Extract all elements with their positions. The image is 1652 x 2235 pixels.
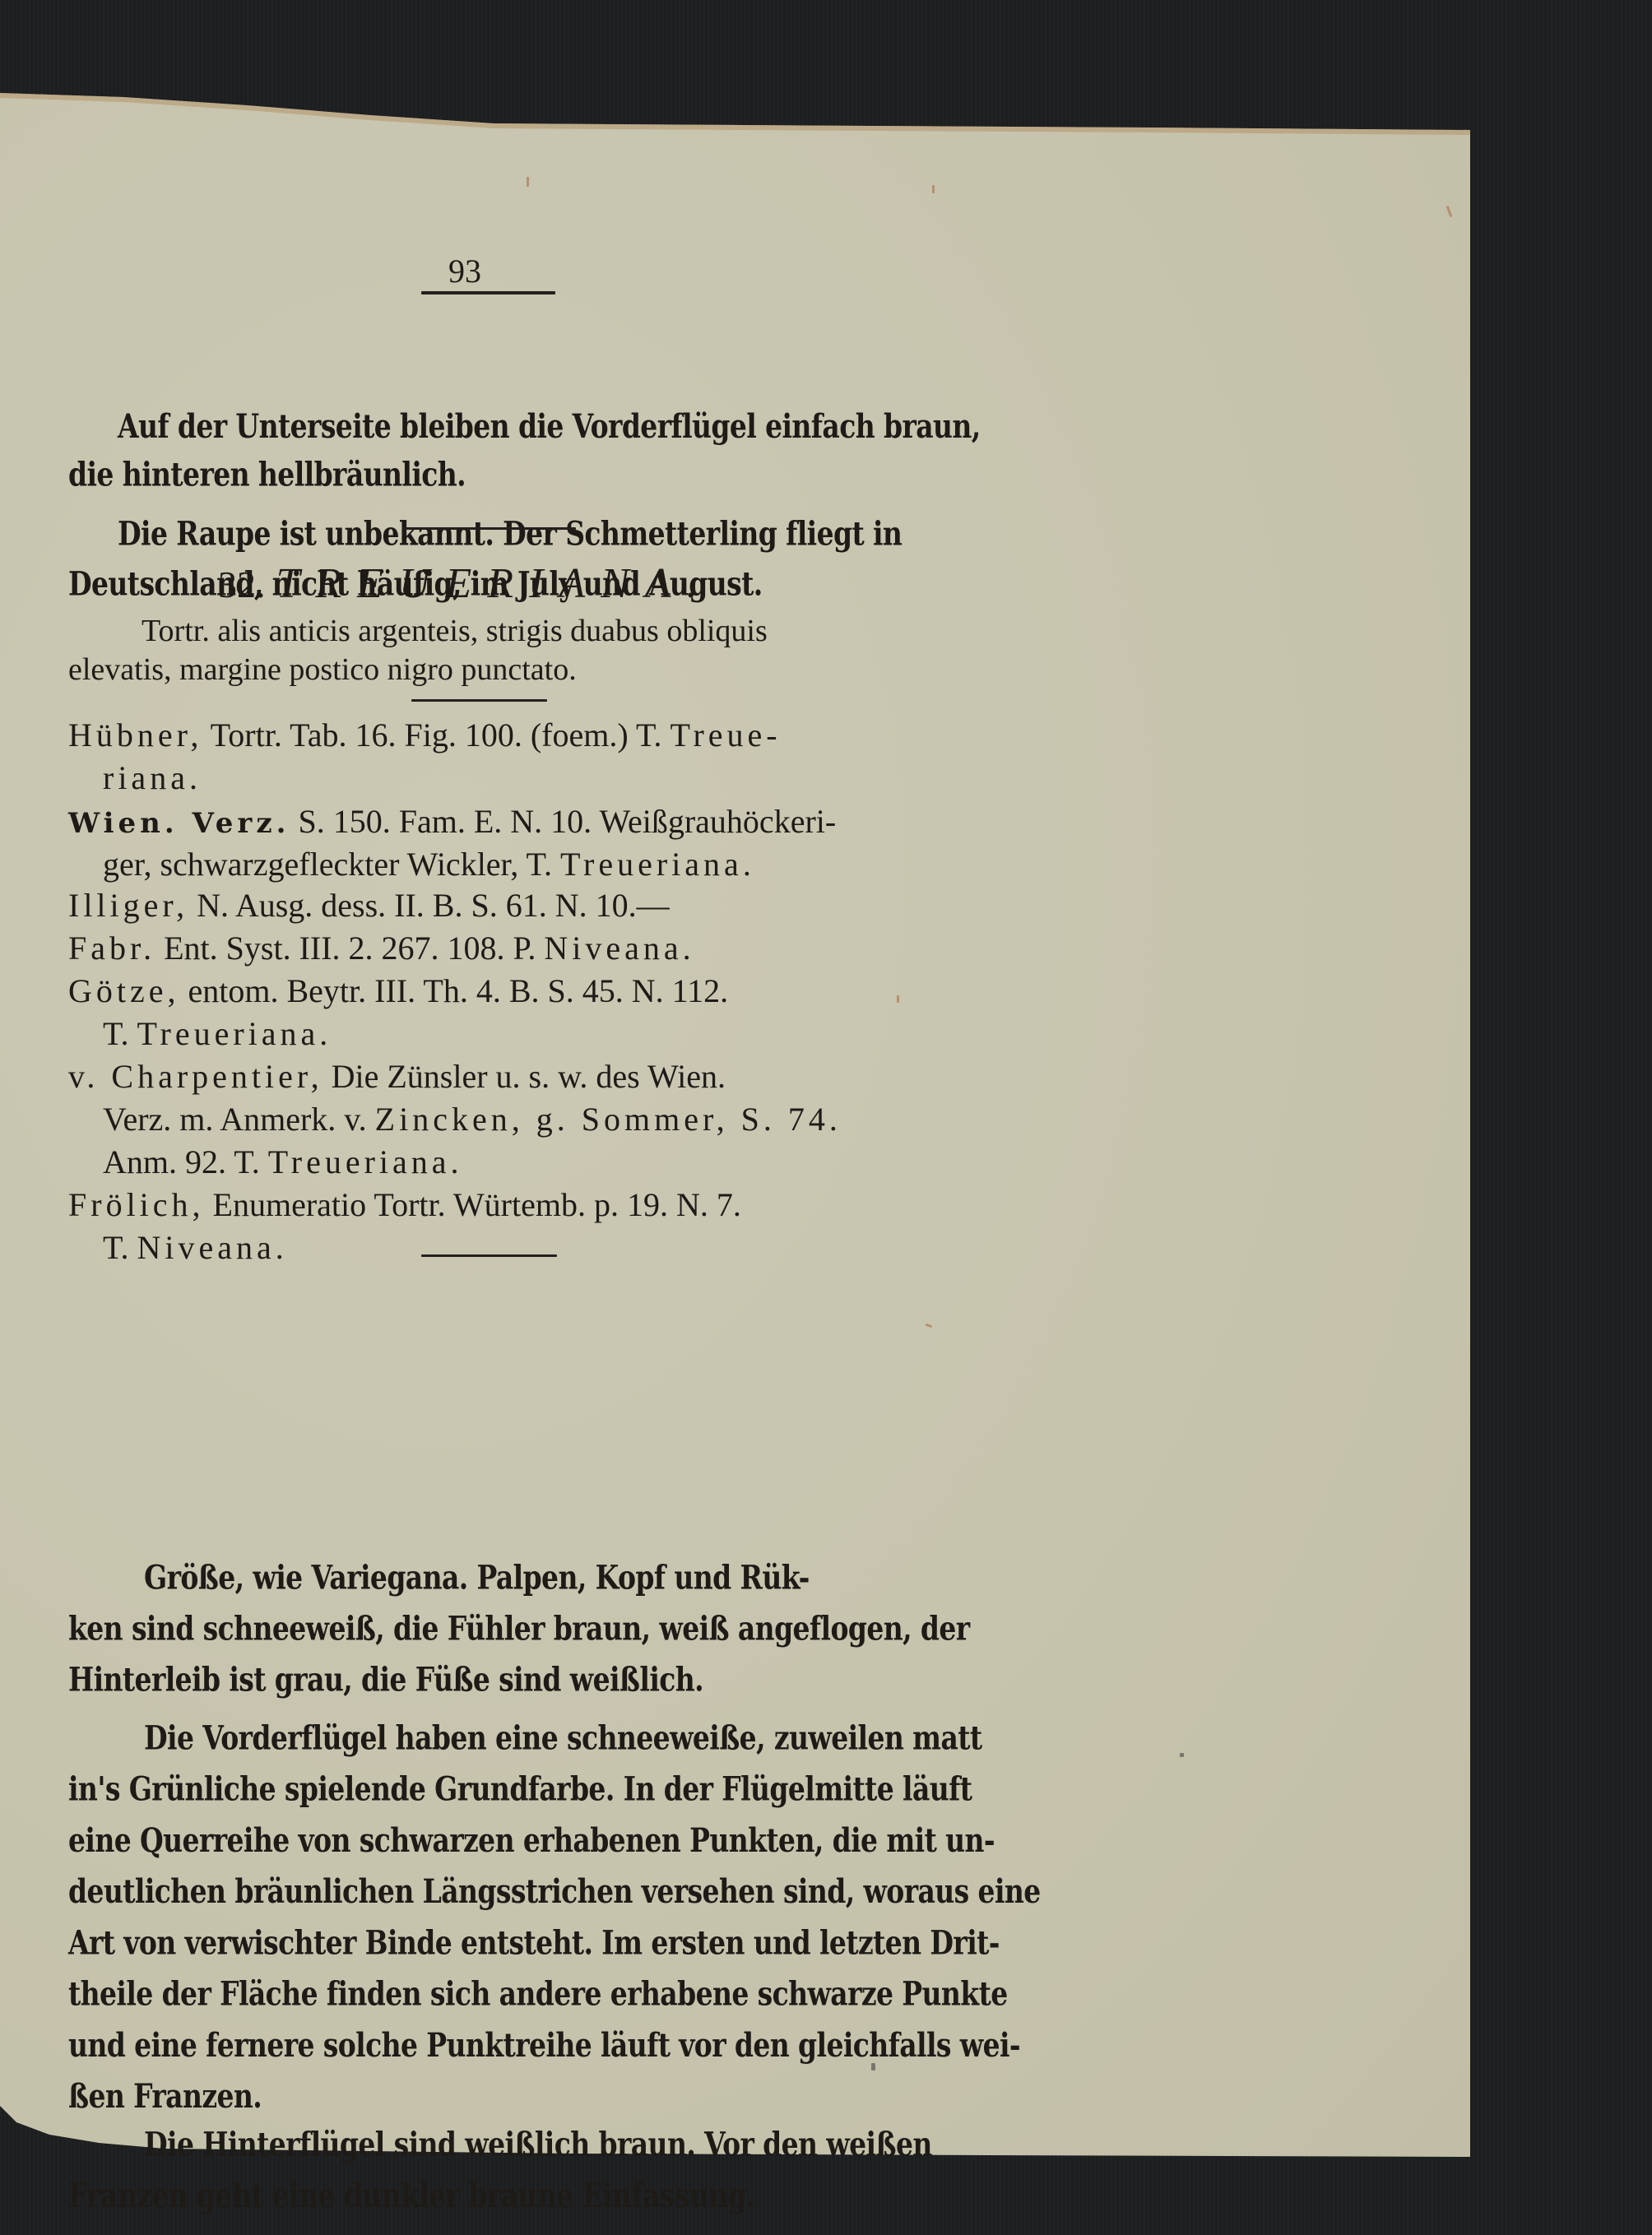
text-line: Franzen geht eine dunkler braune Einfass… (68, 2176, 755, 2215)
text-line: deutlichen bräunlichen Längsstrichen ver… (68, 1871, 1041, 1911)
reference-line: Anm. 92. T. Treueriana. (103, 1143, 463, 1181)
reference-line: v. Charpentier, Die Zünsler u. s. w. des… (68, 1057, 726, 1096)
reference-taxon: riana. (103, 759, 202, 796)
text-line: Die Raupe ist unbekannt. Der Schmetterli… (118, 514, 902, 554)
reference-taxon: Zincken, g. Sommer, S. 74. (375, 1101, 842, 1138)
text-line: Tortr. alis anticis argenteis, strigis d… (142, 613, 768, 649)
reference-citation: entom. Beytr. III. Th. 4. B. S. 45. N. 1… (180, 972, 729, 1009)
text-line: Größe, wie Variegana. Palpen, Kopf und R… (144, 1557, 810, 1597)
reference-line: Hübner, Tortr. Tab. 16. Fig. 100. (foem.… (68, 716, 782, 754)
text-line: in's Grünliche spielende Grundfarbe. In … (68, 1769, 972, 1809)
section-divider (421, 1254, 557, 1257)
reference-citation: T. (103, 1229, 137, 1266)
reference-citation: Ent. Syst. III. 2. 267. 108. P. (155, 930, 544, 967)
paper-speck (932, 185, 935, 193)
species-number: 32. (218, 563, 266, 605)
species-name: TREUERIANA. (276, 560, 713, 607)
text-line: und eine fernere solche Punktreihe läuft… (68, 2025, 1020, 2065)
reference-line: ger, schwarzgefleckter Wickler, T. Treue… (103, 845, 755, 883)
reference-line: T. Treueriana. (103, 1014, 332, 1053)
paper-speck (527, 177, 529, 187)
reference-line: Wien. Verz. S. 150. Fam. E. N. 10. Weißg… (68, 802, 836, 841)
reference-citation: ger, schwarzgefleckter Wickler, T. (103, 846, 560, 883)
reference-citation: Verz. m. Anmerk. v. (103, 1101, 375, 1138)
reference-taxon: Treueriana. (560, 846, 755, 883)
reference-taxon: Niveana. (544, 930, 694, 967)
reference-line: Frölich, Enumeratio Tortr. Würtemb. p. 1… (68, 1185, 741, 1224)
section-divider (411, 699, 547, 702)
text-line: elevatis, margine postico nigro punctato… (68, 651, 577, 688)
text-line: ken sind schneeweiß, die Fühler braun, w… (68, 1609, 970, 1648)
reference-line: Götze, entom. Beytr. III. Th. 4. B. S. 4… (68, 971, 728, 1010)
text-line: Auf der Unterseite bleiben die Vorderflü… (118, 406, 981, 446)
reference-line: Illiger, N. Ausg. dess. II. B. S. 61. N.… (68, 886, 670, 925)
text-line: theile der Fläche finden sich andere erh… (68, 1974, 1008, 2014)
reference-citation: Anm. 92. T. (103, 1143, 268, 1180)
text-line: Die Vorderflügel haben eine schneeweiße,… (144, 1718, 982, 1758)
reference-author: Frölich, (68, 1186, 205, 1223)
text-line: Die Hinterflügel sind weißlich braun. Vo… (144, 2125, 932, 2164)
reference-citation: N. Ausg. dess. II. B. S. 61. N. 10.— (188, 887, 669, 924)
reference-author: Götze, (68, 972, 180, 1009)
reference-citation: S. 150. Fam. E. N. 10. Weißgrauhöckeri- (290, 803, 836, 840)
reference-taxon: Treue- (670, 716, 781, 754)
text-line: eine Querreihe von schwarzen erhabenen P… (68, 1820, 995, 1860)
reference-line: riana. (103, 758, 202, 797)
reference-taxon: Niveana. (137, 1229, 287, 1266)
reference-taxon: Treueriana. (137, 1015, 332, 1052)
paper-speck (897, 995, 899, 1003)
reference-author: v. Charpentier, (68, 1058, 323, 1095)
text-line: Art von verwischter Binde entsteht. Im e… (68, 1923, 1000, 1963)
species-heading: 32. TREUERIANA. (218, 559, 713, 608)
reference-taxon: Treueriana. (268, 1143, 463, 1180)
reference-author: Hübner, (68, 716, 202, 754)
text-line: Hinterleib ist grau, die Füße sind weißl… (68, 1660, 703, 1699)
reference-author: Fabr. (68, 930, 155, 967)
text-line: die hinteren hellbräunlich. (68, 455, 466, 494)
reference-citation: Enumeratio Tortr. Würtemb. p. 19. N. 7. (205, 1186, 741, 1223)
reference-line: Verz. m. Anmerk. v. Zincken, g. Sommer, … (103, 1100, 842, 1138)
page-number: 93 (448, 252, 481, 290)
page-number-underline (421, 291, 555, 294)
reference-author: Illiger, (68, 887, 188, 924)
reference-citation: T. (103, 1015, 137, 1052)
reference-citation: Die Zünsler u. s. w. des Wien. (323, 1058, 726, 1095)
reference-line: T. Niveana. (103, 1228, 288, 1267)
reference-author: Wien. Verz. (68, 807, 290, 840)
reference-citation: Tortr. Tab. 16. Fig. 100. (foem.) T. (202, 716, 670, 754)
section-divider (403, 527, 576, 530)
text-line: ßen Franzen. (68, 2076, 262, 2116)
paper-speck (1180, 1753, 1184, 1757)
reference-line: Fabr. Ent. Syst. III. 2. 267. 108. P. Ni… (68, 929, 695, 967)
